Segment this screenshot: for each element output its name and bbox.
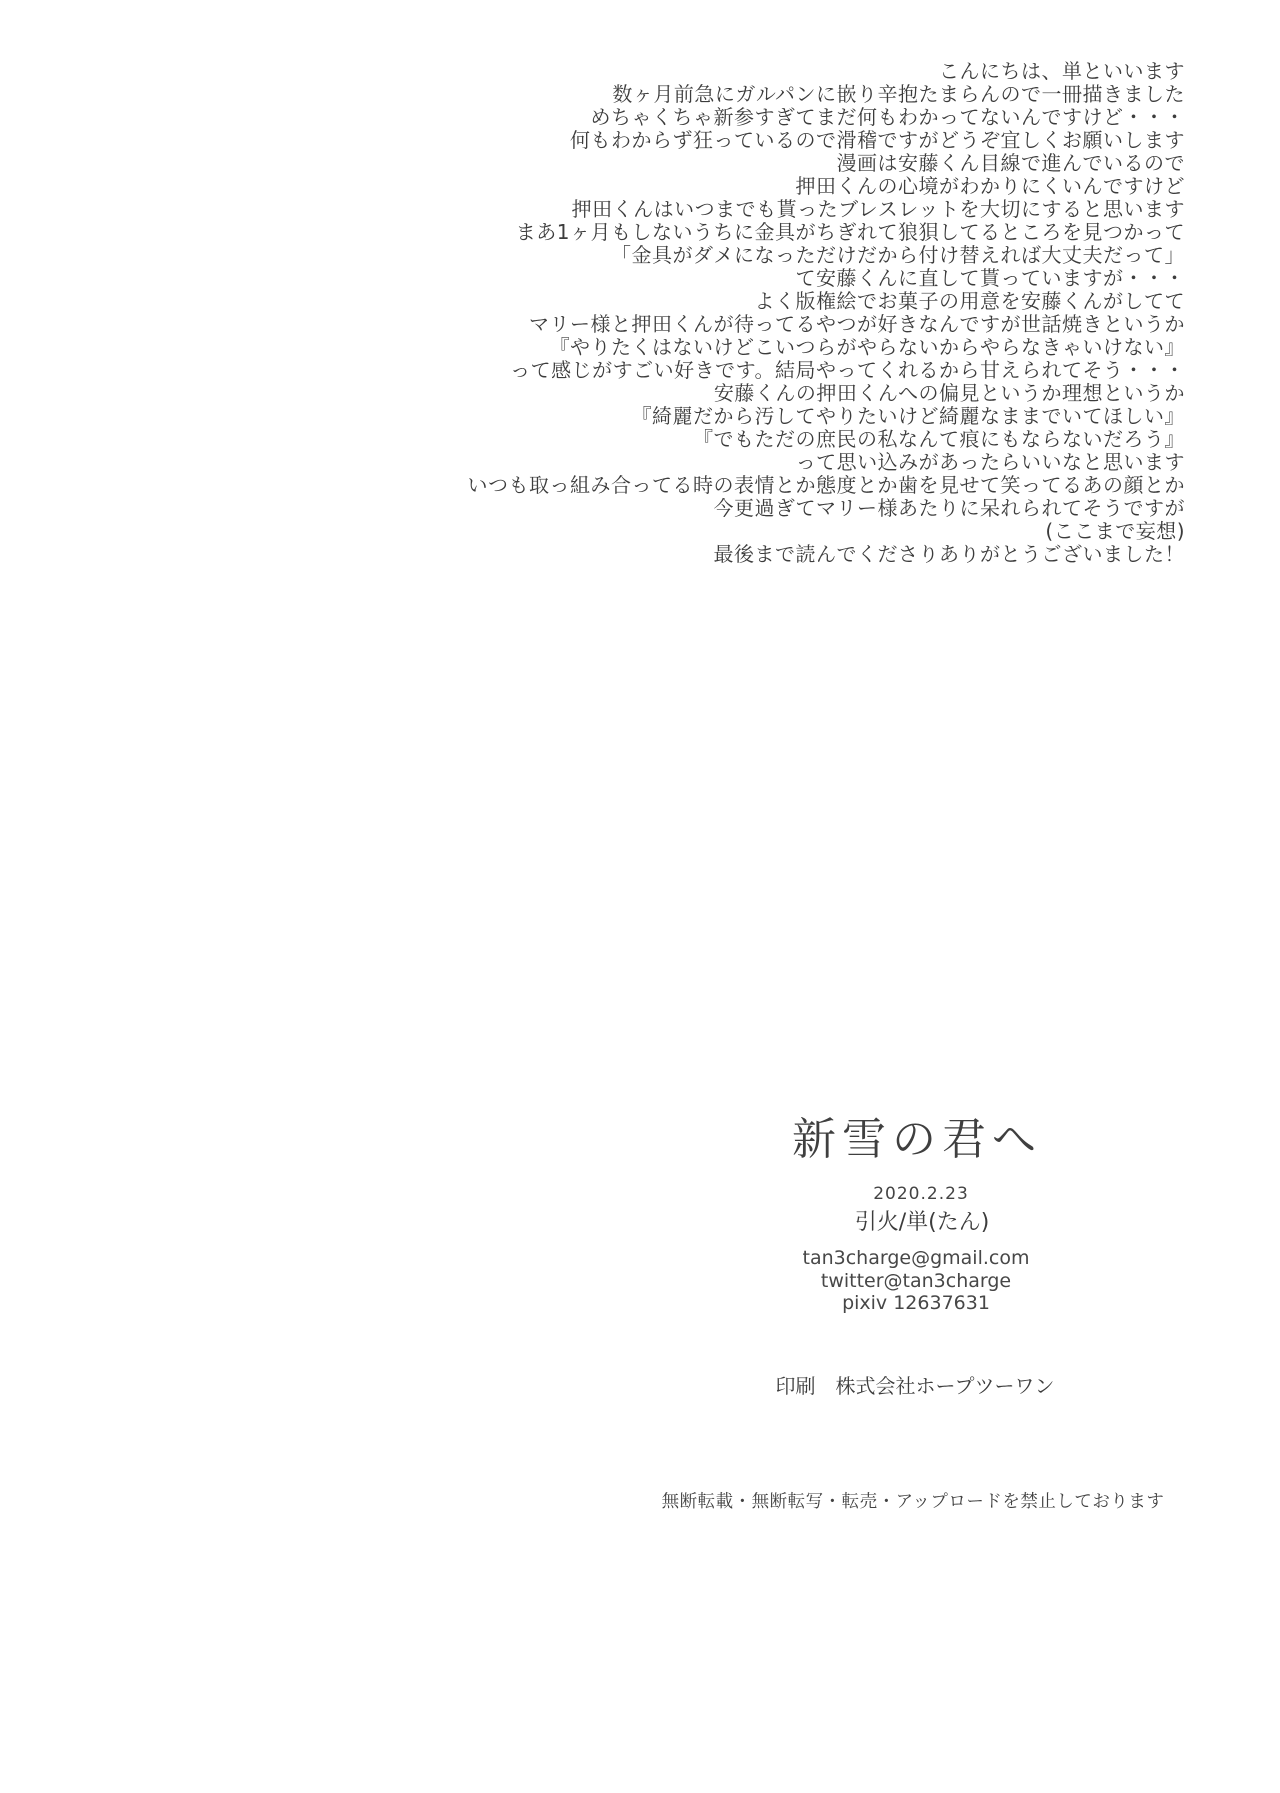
book-title: 新雪の君へ <box>792 1103 1042 1167</box>
contact-twitter: twitter@tan3charge <box>803 1270 1030 1293</box>
doujinshi-afterword-page: こんにちは、単といいます 数ヶ月前急にガルパンに嵌り辛抱たまらんので一冊描きまし… <box>0 0 1280 1793</box>
bracelet-line: 押田くんの心境がわかりにくいんですけど <box>0 175 1185 198</box>
sweets-line: って感じがすごい好きです。結局やってくれるから甘えられてそう・・・ <box>0 359 1185 382</box>
sweets-line: 『やりたくはないけどこいつらがやらないからやらなきゃいけない』 <box>0 336 1185 359</box>
contact-pixiv: pixiv 12637631 <box>803 1292 1030 1315</box>
afterword-text: こんにちは、単といいます 数ヶ月前急にガルパンに嵌り辛抱たまらんので一冊描きまし… <box>0 60 1185 566</box>
bracelet-paragraph: 漫画は安藤くん目線で進んでいるので 押田くんの心境がわかりにくいんですけど 押田… <box>0 152 1185 290</box>
bias-line: 『でもただの庶民の私なんて痕にもならないだろう』 <box>0 428 1185 451</box>
sweets-line: よく版権絵でお菓子の用意を安藤くんがしてて <box>0 290 1185 313</box>
printer-name: 株式会社ホープツーワン <box>836 1374 1055 1398</box>
printer-label: 印刷 <box>776 1374 816 1398</box>
greeting-line: こんにちは、単といいます <box>0 60 1185 83</box>
bracelet-line: 「金具がダメになっただけだから付け替えれば大丈夫だって」 <box>0 244 1185 267</box>
intro-paragraph: 数ヶ月前急にガルパンに嵌り辛抱たまらんので一冊描きました めちゃくちゃ新参すぎて… <box>0 83 1185 152</box>
intro-line: 何もわからず狂っているので滑稽ですがどうぞ宜しくお願いします <box>0 129 1185 152</box>
copyright-notice: 無断転載・無断転写・転売・アップロードを禁止しております <box>662 1488 1165 1513</box>
greeting-paragraph: こんにちは、単といいます <box>0 60 1185 83</box>
printer-credit: 印刷株式会社ホープツーワン <box>776 1370 1055 1399</box>
intro-line: めちゃくちゃ新参すぎてまだ何もわかってないんですけど・・・ <box>0 106 1185 129</box>
bracelet-line: まあ1ヶ月もしないうちに金具がちぎれて狼狽してるところを見つかって <box>0 221 1185 244</box>
intro-line: 数ヶ月前急にガルパンに嵌り辛抱たまらんので一冊描きました <box>0 83 1185 106</box>
bias-line: いつも取っ組み合ってる時の表情とか態度とか歯を見せて笑ってるあの顔とか <box>0 474 1185 497</box>
circle-author-name: 引火/単(たん) <box>855 1205 990 1236</box>
thanks-paragraph: 最後まで読んでくださりありがとうございました！ <box>0 543 1185 566</box>
bias-line: 『綺麗だから汚してやりたいけど綺麗なままでいてほしい』 <box>0 405 1185 428</box>
aside-line: (ここまで妄想) <box>0 520 1185 543</box>
contact-email: tan3charge@gmail.com <box>803 1247 1030 1270</box>
bias-paragraph: 安藤くんの押田くんへの偏見というか理想というか 『綺麗だから汚してやりたいけど綺… <box>0 382 1185 520</box>
bias-line: って思い込みがあったらいいなと思います <box>0 451 1185 474</box>
bias-line: 今更過ぎてマリー様あたりに呆れられてそうですが <box>0 497 1185 520</box>
bracelet-line: 漫画は安藤くん目線で進んでいるので <box>0 152 1185 175</box>
aside-paragraph: (ここまで妄想) <box>0 520 1185 543</box>
release-date: 2020.2.23 <box>873 1184 969 1204</box>
bracelet-line: 押田くんはいつまでも貰ったブレスレットを大切にすると思います <box>0 198 1185 221</box>
contact-info: tan3charge@gmail.com twitter@tan3charge … <box>803 1247 1030 1315</box>
sweets-paragraph: よく版権絵でお菓子の用意を安藤くんがしてて マリー様と押田くんが待ってるやつが好… <box>0 290 1185 382</box>
bias-line: 安藤くんの押田くんへの偏見というか理想というか <box>0 382 1185 405</box>
thanks-line: 最後まで読んでくださりありがとうございました！ <box>0 543 1185 566</box>
sweets-line: マリー様と押田くんが待ってるやつが好きなんですが世話焼きというか <box>0 313 1185 336</box>
bracelet-line: て安藤くんに直して貰っていますが・・・ <box>0 267 1185 290</box>
